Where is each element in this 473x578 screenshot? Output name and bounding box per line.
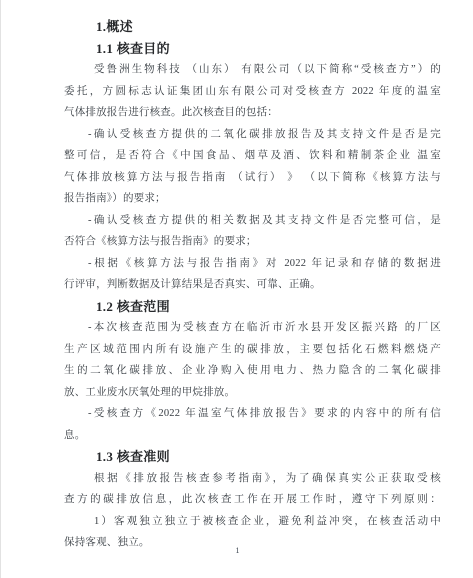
page-number: 1 <box>1 546 473 556</box>
doc-line-bullet: -确认受核查方提供的二氧化碳排放报告及其支持文件是否是完 <box>64 124 441 146</box>
doc-line-bullet: -受核查方《2022 年温室气体排放报告》要求的内容中的所有信 <box>64 403 441 425</box>
doc-line-bullet: -确认受核查方提供的相关数据及其支持文件是否完整可信，是 <box>64 210 441 232</box>
doc-line: 生产区域范围内所有设施产生的碳排放，主要包括化石燃料燃烧产 <box>64 339 441 361</box>
doc-line: 气体排放报告进行核查。此次核查目的包括： <box>64 102 441 124</box>
section-heading-purpose: 1.1 核查目的 <box>64 38 441 60</box>
section-heading-overview: 1.概述 <box>64 16 441 38</box>
doc-line: 查方的碳排放信息，此次核查工作在开展工作时，遵守下列原则： <box>64 489 441 511</box>
doc-line: 生的二氧化碳排放、企业净购入使用电力、热力隐含的二氧化碳排 <box>64 360 441 382</box>
doc-line: 1）客观独立独立于被核查企业，避免利益冲突，在核查活动中 <box>64 511 441 533</box>
doc-line: 否符合《核算方法与报告指南》的要求； <box>64 231 441 253</box>
doc-line: 行评审，判断数据及计算结果是否真实、可靠、正确。 <box>64 274 441 296</box>
doc-line: 委托，方圆标志认证集团山东有限公司对受核查方 2022 年度的温室 <box>64 81 441 103</box>
section-heading-criteria: 1.3 核查准则 <box>64 446 441 468</box>
doc-line-bullet: -根据《核算方法与报告指南》对 2022 年记录和存储的数据进 <box>64 253 441 275</box>
doc-line: 气体排放核算方法与报告指南 （试行） 》 （以下简称《核算方法与 <box>64 167 441 189</box>
doc-line: 息。 <box>64 425 441 447</box>
doc-line: 放、工业废水厌氧处理的甲烷排放。 <box>64 382 441 404</box>
document-text-area: 1.概述 1.1 核查目的 受鲁洲生物科技 （山东） 有限公司（以下简称“受核查… <box>64 16 441 554</box>
doc-line: 根据《排放报告核查参考指南》，为了确保真实公正获取受核 <box>64 468 441 490</box>
document-page: 1.概述 1.1 核查目的 受鲁洲生物科技 （山东） 有限公司（以下简称“受核查… <box>0 0 473 578</box>
section-heading-scope: 1.2 核查范围 <box>64 296 441 318</box>
doc-line-bullet: -本次核查范围为受核查方在临沂市沂水县开发区振兴路 的厂区 <box>64 317 441 339</box>
doc-line: 受鲁洲生物科技 （山东） 有限公司（以下简称“受核查方”）的 <box>64 59 441 81</box>
doc-line: 报告指南》）的要求； <box>64 188 441 210</box>
doc-line: 整可信，是否符合《中国食品、烟草及酒、饮料和精制茶企业 温室 <box>64 145 441 167</box>
